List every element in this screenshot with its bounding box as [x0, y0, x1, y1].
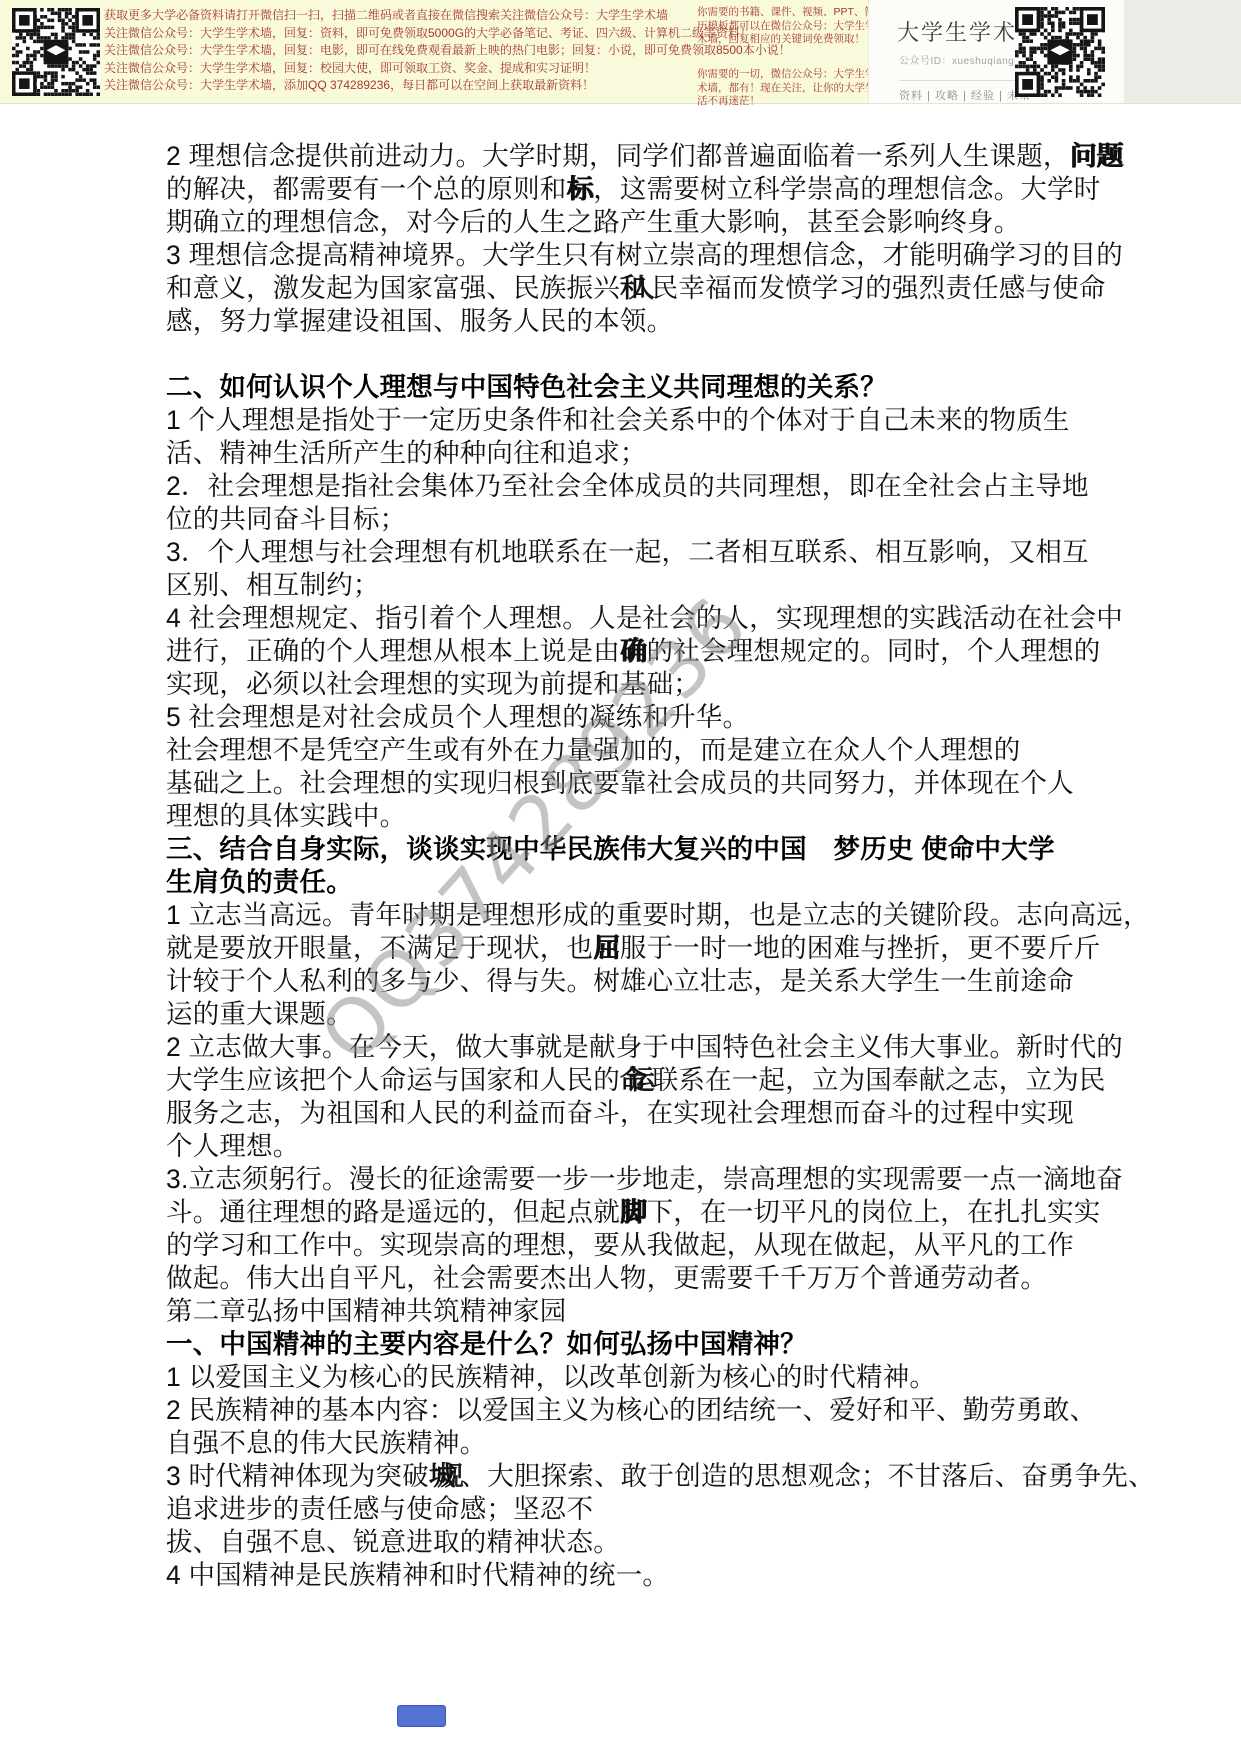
doc-body-line: 理想的具体实践中。 [166, 800, 1081, 833]
promo-banner: 获取更多大学必备资料请打开微信扫一扫，扫描二维码或者直接在微信搜索关注微信公众号… [0, 0, 1241, 104]
doc-body-line: 2 理想信念提供前进动力。大学时期，同学们都普遍面临着一系列人生课题，问题 [166, 140, 1081, 173]
promo-note: 你需要的书籍、课件、视频、PPT、简历模板都可以在微信公众号：大学生学术墙，回复… [697, 6, 877, 47]
doc-body-line: 2 民族精神的基本内容：以爱国主义为核心的团结统一、爱好和平、勤劳勇敢、 [166, 1394, 1081, 1427]
doc-body-line: 活、精神生活所产生的种种向往和追求； [166, 437, 1081, 470]
doc-body-line: 4 社会理想规定、指引着个人理想。人是社会的人，实现理想的实践活动在社会中 [166, 602, 1081, 635]
doc-body-line: 3．个人理想与社会理想有机地联系在一起，二者相互联系、相互影响，又相互 [166, 536, 1081, 569]
doc-body-line: 服务之志，为祖国和人民的利益而奋斗，在实现社会理想而奋斗的过程中实现 [166, 1097, 1081, 1130]
doc-body-line [166, 338, 1081, 371]
doc-body-line: 1 以爱国主义为核心的民族精神，以改革创新为核心的时代精神。 [166, 1361, 1081, 1394]
promo-lines: 获取更多大学必备资料请打开微信扫一扫，扫描二维码或者直接在微信搜索关注微信公众号… [104, 7, 704, 95]
blue-marker [397, 1705, 446, 1727]
doc-body-line: 自强不息的伟大民族精神。 [166, 1427, 1081, 1460]
doc-body-line: 的学习和工作中。实现崇高的理想，要从我做起，从现在做起，从平凡的工作 [166, 1229, 1081, 1262]
doc-body-line: 5 社会理想是对社会成员个人理想的凝练和升华。 [166, 701, 1081, 734]
doc-body-line: 区别、相互制约； [166, 569, 1081, 602]
doc-body-line: 2 立志做大事。在今天，做大事就是献身于中国特色社会主义伟大事业。新时代的 [166, 1031, 1081, 1064]
doc-body-line: 期确立的理想信念，对今后的人生之路产生重大影响，甚至会影响终身。 [166, 206, 1081, 239]
doc-body-line: 4 中国精神是民族精神和时代精神的统一。 [166, 1559, 1081, 1592]
doc-body-line: 拔、自强不息、锐意进取的精神状态。 [166, 1526, 1081, 1559]
doc-body-line: 个人理想。 [166, 1130, 1081, 1163]
doc-body-line: 斗。通往理想的路是遥远的，但起点就脚下，在一切平凡的岗位上，在扎扎实实 [166, 1196, 1081, 1229]
doc-body-line: 计较于个人私利的多与少、得与失。树雄心立壮志，是关系大学生一生前途命 [166, 965, 1081, 998]
doc-body-line: 1 立志当高远。青年时期是理想形成的重要时期，也是立志的关键阶段。志向高远， [166, 899, 1081, 932]
doc-body-line: 3 理想信念提高精神境界。大学生只有树立崇高的理想信念，才能明确学习的目的 [166, 239, 1081, 272]
doc-body-line: 1 个人理想是指处于一定历史条件和社会关系中的个体对于自己未来的物质生 [166, 404, 1081, 437]
promo-line: 关注微信公众号：大学生学术墙，回复：电影，即可在线免费观看最新上映的热门电影；回… [104, 42, 704, 60]
doc-body-line: 基础之上。社会理想的实现归根到底要靠社会成员的共同努力，并体现在个人 [166, 767, 1081, 800]
doc-body-line: 的解决，都需要有一个总的原则和标，这需要树立科学崇高的理想信念。大学时 [166, 173, 1081, 206]
promo-line: 获取更多大学必备资料请打开微信扫一扫，扫描二维码或者直接在微信搜索关注微信公众号… [104, 7, 704, 25]
qr-code-icon [12, 8, 100, 96]
doc-body-line: 进行，正确的个人理想从根本上说是由确的社会理想规定的。同时，个人理想的 [166, 635, 1081, 668]
doc-body-line: 实现，必须以社会理想的实现为前提和基础； [166, 668, 1081, 701]
promo-line: 关注微信公众号：大学生学术墙，添加QQ 374289236，每日都可以在空间上获… [104, 77, 704, 95]
doc-heading-line: 二、如何认识个人理想与中国特色社会主义共同理想的关系？ [166, 371, 1081, 404]
document-page: 获取更多大学必备资料请打开微信扫一扫，扫描二维码或者直接在微信搜索关注微信公众号… [0, 0, 1241, 1754]
doc-body-line: 感，努力掌握建设祖国、服务人民的本领。 [166, 305, 1081, 338]
doc-body-line: 运的重大课题。 [166, 998, 1081, 1031]
account-card-tags: 资料 | 攻略 | 经验 | 未来 [899, 80, 1031, 103]
doc-heading-line: 三、结合自身实际，谈谈实现中华民族伟大复兴的中国 梦历史 使命中大学 [166, 833, 1081, 866]
doc-body-line: 大学生应该把个人命运与国家和人民的命运联系在一起，立为国奉献之志，立为民 [166, 1064, 1081, 1097]
document-body: 2 理想信念提供前进动力。大学时期，同学们都普遍面临着一系列人生课题，问题的解决… [166, 140, 1081, 1592]
doc-body-line: 追求进步的责任感与使命感；坚忍不 [166, 1493, 1081, 1526]
doc-body-line: 就是要放开眼量，不满足于现状，也屈服于一时一地的困难与挫折，更不要斤斤 [166, 932, 1081, 965]
doc-body-line: 2．社会理想是指社会集体乃至社会全体成员的共同理想，即在全社会占主导地 [166, 470, 1081, 503]
doc-body-line: 做起。伟大出自平凡，社会需要杰出人物，更需要千千万万个普通劳动者。 [166, 1262, 1081, 1295]
doc-body-line: 和意义，激发起为国家富强、民族振兴和人民幸福而发愤学习的强烈责任感与使命 [166, 272, 1081, 305]
doc-body-line: 第二章弘扬中国精神共筑精神家园 [166, 1295, 1081, 1328]
doc-body-line: 3 时代精神体现为突破城规、大胆探索、敢于创造的思想观念；不甘落后、奋勇争先、 [166, 1460, 1081, 1493]
doc-body-line: 社会理想不是凭空产生或有外在力量强加的，而是建立在众人个人理想的 [166, 734, 1081, 767]
doc-body-line: 位的共同奋斗目标； [166, 503, 1081, 536]
promo-line: 关注微信公众号：大学生学术墙，回复：资料，即可免费领取5000G的大学必备笔记、… [104, 25, 704, 43]
doc-heading-line: 一、中国精神的主要内容是什么？如何弘扬中国精神？ [166, 1328, 1081, 1361]
promo-side-notes: 你需要的书籍、课件、视频、PPT、简历模板都可以在微信公众号：大学生学术墙，回复… [697, 0, 877, 103]
promo-line: 关注微信公众号：大学生学术墙，回复：校园大使，即可领取工资、奖金、提成和实习证明… [104, 60, 704, 78]
doc-body-line: 3.立志须躬行。漫长的征途需要一步一步地走，崇高理想的实现需要一点一滴地奋 [166, 1163, 1081, 1196]
promo-note: 你需要的一切，微信公众号：大学生学术墙，都有！现在关注，让你的大学生活不再迷茫！ [697, 68, 877, 109]
account-card: 大学生学术墙 公众号ID：xueshuqiang8888 资料 | 攻略 | 经… [868, 0, 1241, 103]
doc-heading-line: 生肩负的责任。 [166, 866, 1081, 899]
qr-code-icon [1015, 7, 1105, 97]
